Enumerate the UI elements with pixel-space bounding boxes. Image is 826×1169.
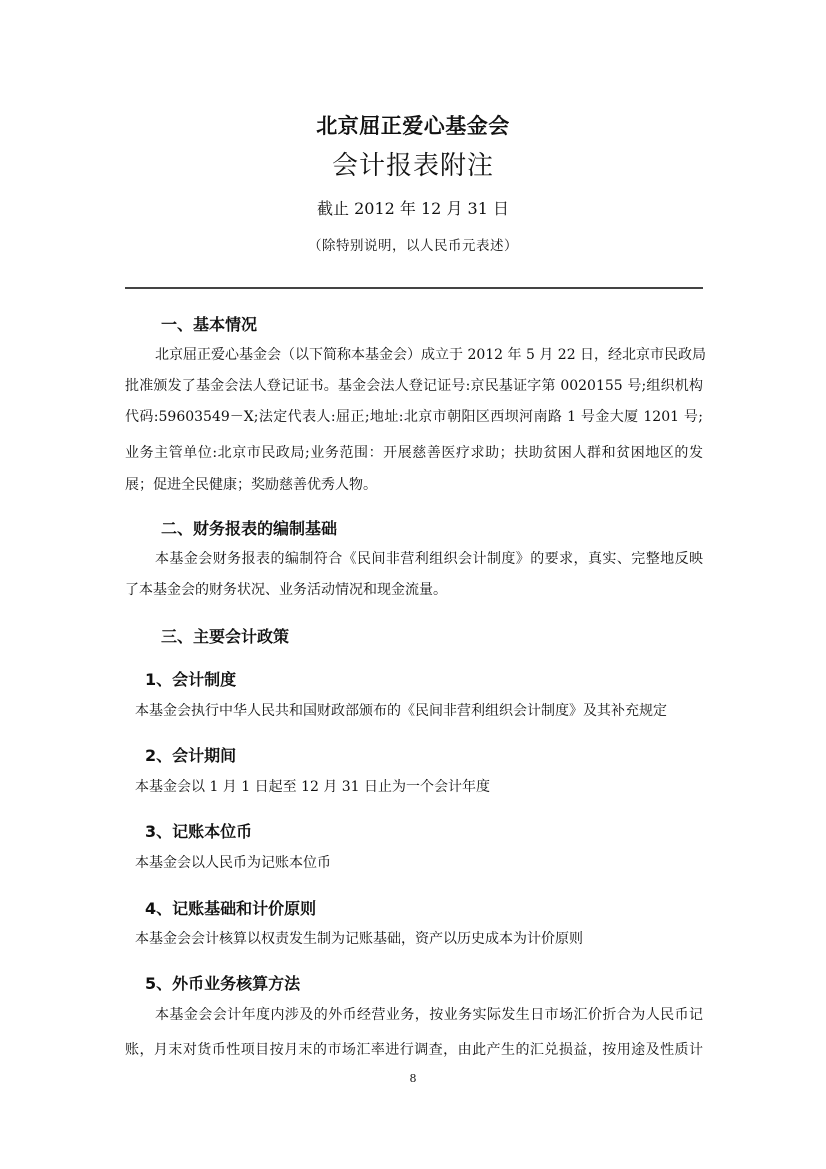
section-heading-basis: 二、财务报表的编制基础 — [161, 516, 337, 539]
document-page: 北京屈正爱心基金会 会计报表附注 截止 2012 年 12 月 31 日 （除特… — [0, 0, 826, 1169]
paragraph-line: 展；促进全民健康；奖励慈善优秀人物。 — [125, 474, 703, 494]
currency-note: （除特别说明，以人民币元表述） — [0, 234, 826, 254]
paragraph-line: 了本基金会的财务状况、业务活动情况和现金流量。 — [125, 579, 703, 599]
policy-text-accounting-period: 本基金会以 1 月 1 日起至 12 月 31 日止为一个会计年度 — [135, 776, 490, 796]
policy-heading-functional-currency: 3、记账本位币 — [145, 819, 252, 842]
paragraph-line: 代码:59603549－X;法定代表人:屈正;地址:北京市朝阳区西坝河南路 1 … — [125, 406, 703, 426]
paragraph-line: 批准颁发了基金会法人登记证书。基金会法人登记证号:京民基证字第 0020155 … — [125, 375, 703, 395]
paragraph-line: 本基金会会计年度内涉及的外币经营业务，按业务实际发生日市场汇价折合为人民币记 — [155, 1004, 703, 1024]
policy-text-accounting-basis: 本基金会会计核算以权责发生制为记账基础，资产以历史成本为计价原则 — [135, 928, 583, 948]
section-heading-basic: 一、基本情况 — [161, 312, 257, 335]
section-heading-policies: 三、主要会计政策 — [161, 624, 289, 647]
paragraph-line: 业务主管单位:北京市民政局;业务范围：开展慈善医疗求助；扶助贫困人群和贫困地区的… — [125, 442, 703, 462]
header-divider — [125, 287, 703, 289]
policy-heading-accounting-system: 1、会计制度 — [145, 667, 236, 690]
report-date: 截止 2012 年 12 月 31 日 — [0, 196, 826, 219]
page-number: 8 — [0, 1072, 826, 1085]
document-title: 会计报表附注 — [0, 145, 826, 182]
policy-text-functional-currency: 本基金会以人民币为记账本位币 — [135, 852, 331, 872]
policy-heading-foreign-currency: 5、外币业务核算方法 — [145, 971, 300, 994]
organization-name: 北京屈正爱心基金会 — [0, 110, 826, 140]
paragraph-line: 本基金会财务报表的编制符合《民间非营利组织会计制度》的要求，真实、完整地反映 — [155, 548, 703, 568]
paragraph-line: 北京屈正爱心基金会（以下简称本基金会）成立于 2012 年 5 月 22 日，经… — [155, 344, 703, 364]
policy-heading-accounting-period: 2、会计期间 — [145, 743, 236, 766]
policy-text-accounting-system: 本基金会执行中华人民共和国财政部颁布的《民间非营利组织会计制度》及其补充规定 — [135, 700, 667, 720]
paragraph-line: 账，月末对货币性项目按月末的市场汇率进行调查，由此产生的汇兑损益，按用途及性质计 — [125, 1039, 703, 1059]
policy-heading-accounting-basis: 4、记账基础和计价原则 — [145, 896, 316, 919]
